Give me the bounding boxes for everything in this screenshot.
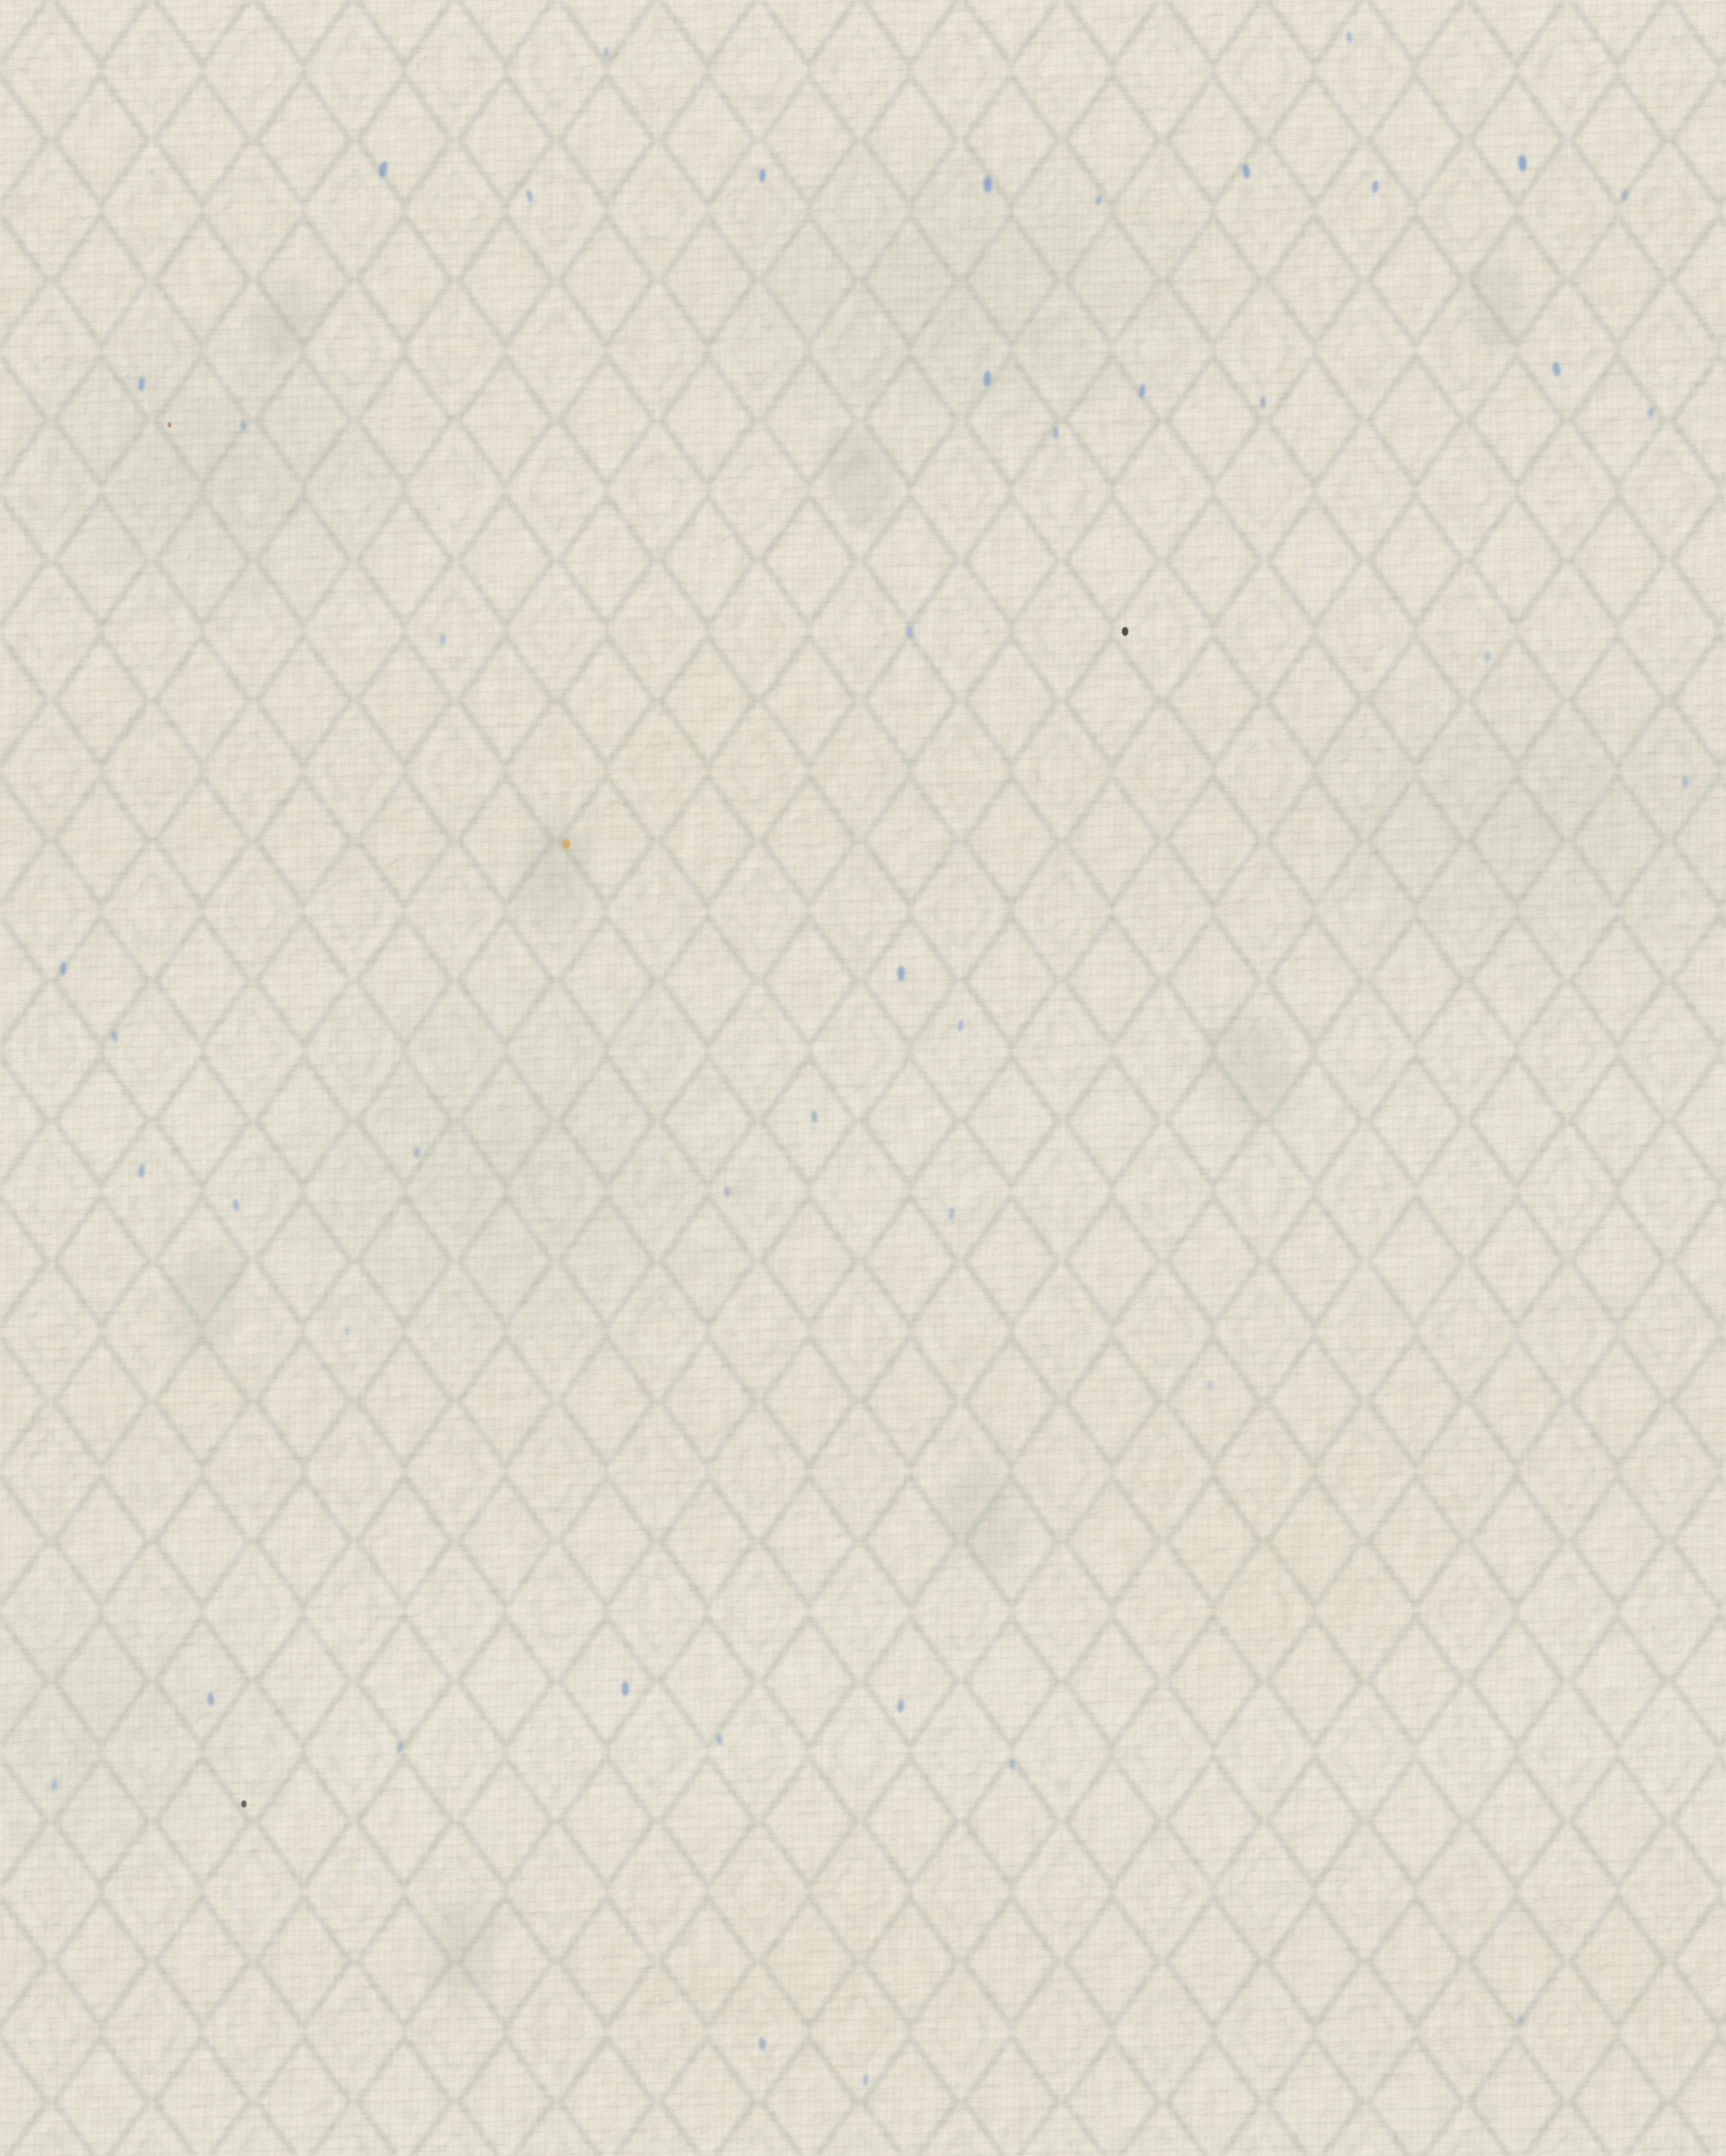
sage-fiber-fleck — [1191, 1003, 1306, 1139]
tuft-striation-layer — [0, 0, 1726, 2156]
sage-fiber-fleck — [422, 1892, 503, 2000]
sage-fiber-fleck — [817, 425, 902, 535]
blue-fiber-fleck — [413, 1147, 420, 1158]
photo-grain-layer — [0, 0, 1726, 2156]
sage-fiber-fleck — [509, 814, 598, 931]
blue-fiber-fleck — [1518, 155, 1528, 172]
blue-fiber-fleck — [60, 961, 67, 976]
blue-fiber-fleck — [232, 1198, 239, 1211]
sage-fiber-fleck — [940, 1461, 1029, 1578]
blue-fiber-fleck — [1009, 1759, 1016, 1769]
blue-fiber-fleck — [1683, 776, 1688, 788]
sage-fiber-fleck — [1467, 259, 1520, 348]
knot-row-layer — [0, 0, 1726, 2156]
blue-fiber-fleck — [906, 625, 914, 639]
blue-fiber-fleck — [525, 189, 533, 202]
strand-highlight-layer — [0, 0, 1726, 2156]
blue-fiber-fleck — [984, 371, 992, 388]
fleck-layer — [0, 0, 1726, 2156]
blue-fiber-fleck — [1484, 651, 1491, 662]
blue-fiber-fleck — [137, 1164, 145, 1178]
blue-fiber-fleck — [396, 1742, 403, 1754]
blue-fiber-fleck — [758, 2037, 766, 2051]
blue-fiber-fleck — [344, 1326, 349, 1337]
blue-fiber-fleck — [1647, 407, 1655, 419]
diamond-lattice-layer — [0, 0, 1726, 2156]
blue-fiber-fleck — [897, 1698, 905, 1713]
blue-fiber-fleck — [725, 1186, 731, 1197]
blue-fiber-fleck — [1345, 32, 1353, 43]
sage-fiber-fleck — [246, 274, 325, 372]
blue-fiber-fleck — [1138, 383, 1147, 398]
rust-fiber-fleck — [168, 422, 171, 427]
blue-fiber-fleck — [759, 168, 766, 183]
blue-fiber-fleck — [1207, 1380, 1212, 1391]
blue-fiber-fleck — [622, 1682, 629, 1696]
blue-fiber-fleck — [1518, 2016, 1523, 2026]
tonal-blotch-layer — [0, 0, 1726, 2156]
blue-fiber-fleck — [1052, 427, 1058, 440]
blue-fiber-fleck — [1260, 396, 1266, 408]
blue-fiber-fleck — [715, 1733, 723, 1745]
dark-fiber-fleck — [1122, 627, 1128, 636]
blue-fiber-fleck — [1094, 193, 1103, 205]
blue-fiber-fleck — [51, 1778, 58, 1791]
sage-fiber-fleck — [161, 1244, 247, 1354]
blue-fiber-fleck — [957, 1019, 965, 1031]
blue-fiber-fleck — [137, 377, 145, 392]
strand-shadow-layer — [0, 0, 1726, 2156]
blue-fiber-fleck — [984, 176, 992, 192]
blue-fiber-fleck — [1242, 163, 1251, 178]
blue-fiber-fleck — [207, 1692, 214, 1706]
blue-fiber-fleck — [1621, 189, 1628, 200]
blue-fiber-fleck — [111, 1031, 118, 1043]
blue-fiber-fleck — [948, 1207, 955, 1219]
rug-texture-photo — [0, 0, 1726, 2156]
wool-relief-contrast-layer — [0, 0, 1726, 2156]
blue-fiber-fleck — [811, 1110, 817, 1124]
blue-fiber-fleck — [379, 161, 388, 178]
blue-fiber-fleck — [1371, 181, 1379, 194]
amber-fiber-fleck — [562, 839, 570, 849]
blue-fiber-fleck — [240, 420, 247, 432]
blue-fiber-fleck — [862, 2074, 869, 2086]
blue-fiber-fleck — [440, 634, 445, 646]
vignette-layer — [0, 0, 1726, 2156]
wool-relief-shadow-layer — [0, 0, 1726, 2156]
blue-fiber-fleck — [898, 966, 905, 981]
dark-fiber-fleck — [241, 1800, 247, 1807]
blue-fiber-fleck — [1552, 362, 1562, 377]
blue-fiber-fleck — [604, 47, 608, 58]
cream-base-layer — [0, 0, 1726, 2156]
